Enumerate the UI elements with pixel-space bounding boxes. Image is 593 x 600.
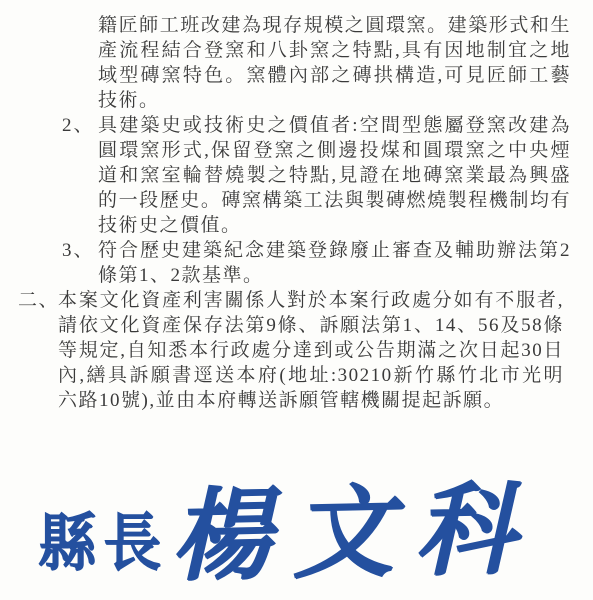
magistrate-signature: 楊文科 — [169, 448, 538, 600]
document-page: 籍匠師工班改建為現存規模之圓環窯。建築形式和生產流程結合登窯和八卦窯之特點,具有… — [0, 0, 593, 600]
item-marker: 二、 — [18, 288, 58, 313]
signature-block: 縣長 楊文科 — [38, 452, 536, 596]
paragraph-text: 具建築史或技術史之價值者:空間型態屬登窯改建為圓環窯形式,保留登窯之側邊投煤和圓… — [98, 113, 571, 238]
item-marker: 3、 — [62, 238, 98, 263]
paragraph-text: 籍匠師工班改建為現存規模之圓環窯。建築形式和生產流程結合登窯和八卦窯之特點,具有… — [98, 13, 571, 113]
list-item-2: 2、 具建築史或技術史之價值者:空間型態屬登窯改建為圓環窯形式,保留登窯之側邊投… — [62, 113, 593, 238]
list-item-1-continuation: 籍匠師工班改建為現存規模之圓環窯。建築形式和生產流程結合登窯和八卦窯之特點,具有… — [98, 13, 593, 113]
section-item-two: 二、 本案文化資產利害關係人對於本案行政處分如有不服者,請依文化資產保存法第9條… — [18, 288, 593, 413]
list-item-3: 3、 符合歷史建築紀念建築登錄廢止審查及輔助辦法第2條第1、2款基準。 — [62, 238, 593, 288]
magistrate-title-stamp: 縣長 — [38, 492, 168, 583]
paragraph-text: 符合歷史建築紀念建築登錄廢止審查及輔助辦法第2條第1、2款基準。 — [98, 238, 571, 288]
document-body: 籍匠師工班改建為現存規模之圓環窯。建築形式和生產流程結合登窯和八卦窯之特點,具有… — [0, 0, 593, 413]
item-marker: 2、 — [62, 113, 98, 138]
paragraph-text: 本案文化資產利害關係人對於本案行政處分如有不服者,請依文化資產保存法第9條、訴願… — [58, 288, 564, 413]
